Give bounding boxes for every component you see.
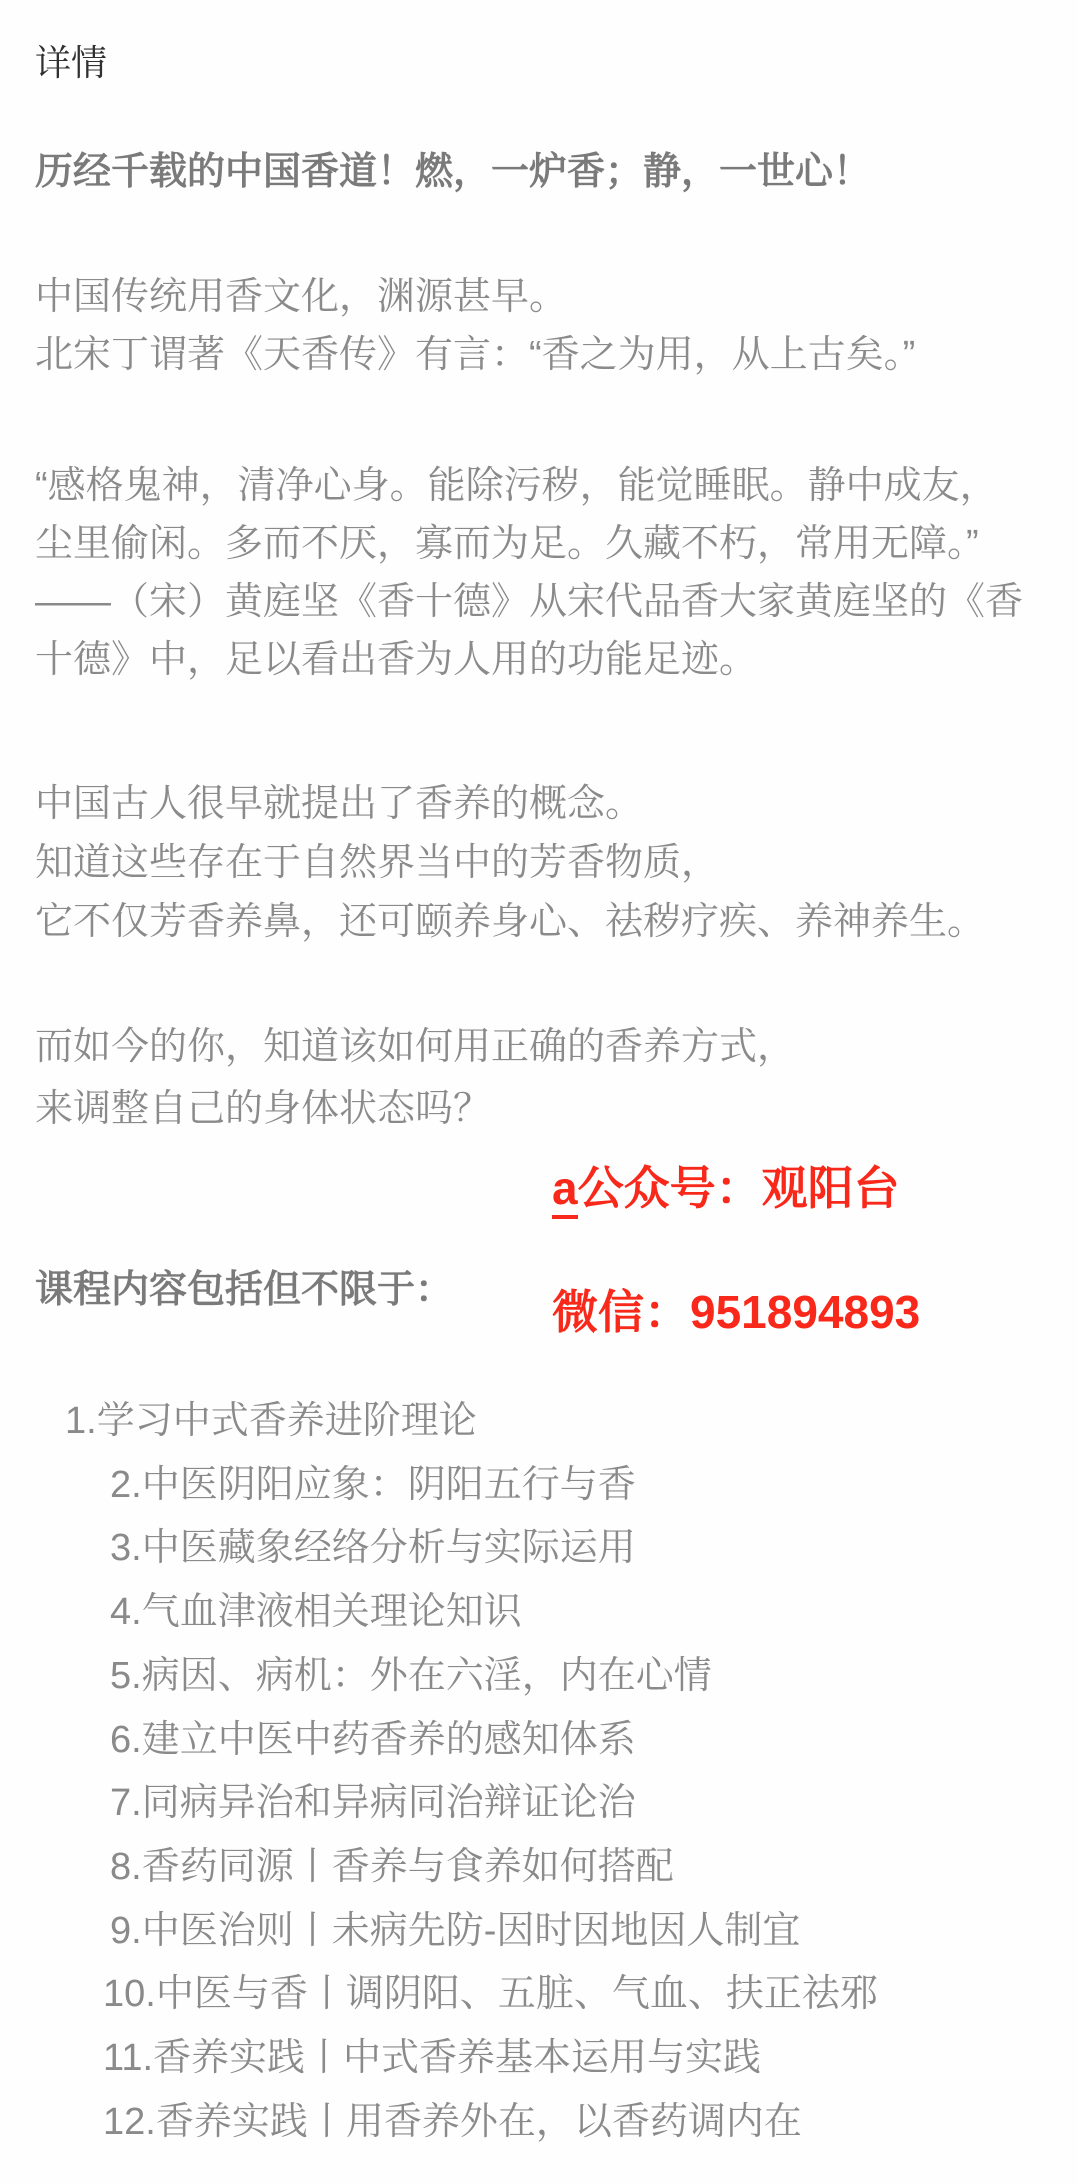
watermark-account-text: 公众号：观阳台: [578, 1162, 900, 1214]
course-list: 1.学习中式香养进阶理论 2.中医阴阳应象：阴阳五行与香 3.中医藏象经络分析与…: [35, 1390, 1050, 2154]
list-item: 12.香养实践丨用香养外在，以香药调内在: [35, 2091, 1050, 2155]
list-item: 5.病因、病机：外在六淫，内在心情: [35, 1645, 1050, 1709]
paragraph-origin-line-2: 北宋丁谓著《天香传》有言：“香之为用，从上古矣。”: [35, 326, 1050, 384]
watermark-account-prefix: a: [552, 1162, 578, 1219]
watermark-wechat-account: a公众号：观阳台: [552, 1160, 900, 1216]
paragraph-question-line-1: 而如今的你，知道该如何用正确的香养方式，: [35, 1016, 1050, 1078]
article-headline: 历经千载的中国香道！燃，一炉香；静，一世心！: [35, 148, 1050, 196]
paragraph-quote-line-1: “感格鬼神，清净心身。能除污秽，能觉睡眠。静中成友，: [35, 457, 1050, 515]
list-item: 10.中医与香丨调阴阳、五脏、气血、扶正祛邪: [35, 1963, 1050, 2027]
paragraph-quote-line-4: 十德》中，足以看出香为人用的功能足迹。: [35, 631, 1050, 689]
list-item: 6.建立中医中药香养的感知体系: [35, 1709, 1050, 1773]
paragraph-quote: “感格鬼神，清净心身。能除污秽，能觉睡眠。静中成友， 尘里偷闲。多而不厌，寡而为…: [35, 457, 1050, 689]
paragraph-question: 而如今的你，知道该如何用正确的香养方式， 来调整自己的身体状态吗？: [35, 1016, 1050, 1140]
list-item: 11.香养实践丨中式香养基本运用与实践: [35, 2027, 1050, 2091]
paragraph-quote-line-2: 尘里偷闲。多而不厌，寡而为足。久藏不朽，常用无障。”: [35, 515, 1050, 573]
page-title: 详情: [35, 40, 1050, 86]
paragraph-origin-line-1: 中国传统用香文化，渊源甚早。: [35, 268, 1050, 326]
paragraph-quote-line-3: ——（宋）黄庭坚《香十德》从宋代品香大家黄庭坚的《香: [35, 573, 1050, 631]
paragraph-concept-line-1: 中国古人很早就提出了香养的概念。: [35, 775, 1050, 834]
list-item: 9.中医治则丨未病先防-因时因地因人制宜: [35, 1900, 1050, 1964]
list-item: 2.中医阴阳应象：阴阳五行与香: [35, 1454, 1050, 1518]
paragraph-concept-line-2: 知道这些存在于自然界当中的芳香物质，: [35, 834, 1050, 893]
watermark-wechat-number: 微信：951894893: [552, 1284, 920, 1340]
paragraph-question-line-2: 来调整自己的身体状态吗？: [35, 1078, 1050, 1140]
paragraph-concept-line-3: 它不仅芳香养鼻，还可颐养身心、祛秽疗疾、养神养生。: [35, 893, 1050, 952]
list-item: 7.同病异治和异病同治辩证论治: [35, 1772, 1050, 1836]
list-item: 3.中医藏象经络分析与实际运用: [35, 1517, 1050, 1581]
list-item: 8.香药同源丨香养与食养如何搭配: [35, 1836, 1050, 1900]
paragraph-origin: 中国传统用香文化，渊源甚早。 北宋丁谓著《天香传》有言：“香之为用，从上古矣。”: [35, 268, 1050, 384]
list-item: 1.学习中式香养进阶理论: [35, 1390, 1050, 1454]
list-item: 4.气血津液相关理论知识: [35, 1581, 1050, 1645]
paragraph-concept: 中国古人很早就提出了香养的概念。 知道这些存在于自然界当中的芳香物质， 它不仅芳…: [35, 775, 1050, 952]
